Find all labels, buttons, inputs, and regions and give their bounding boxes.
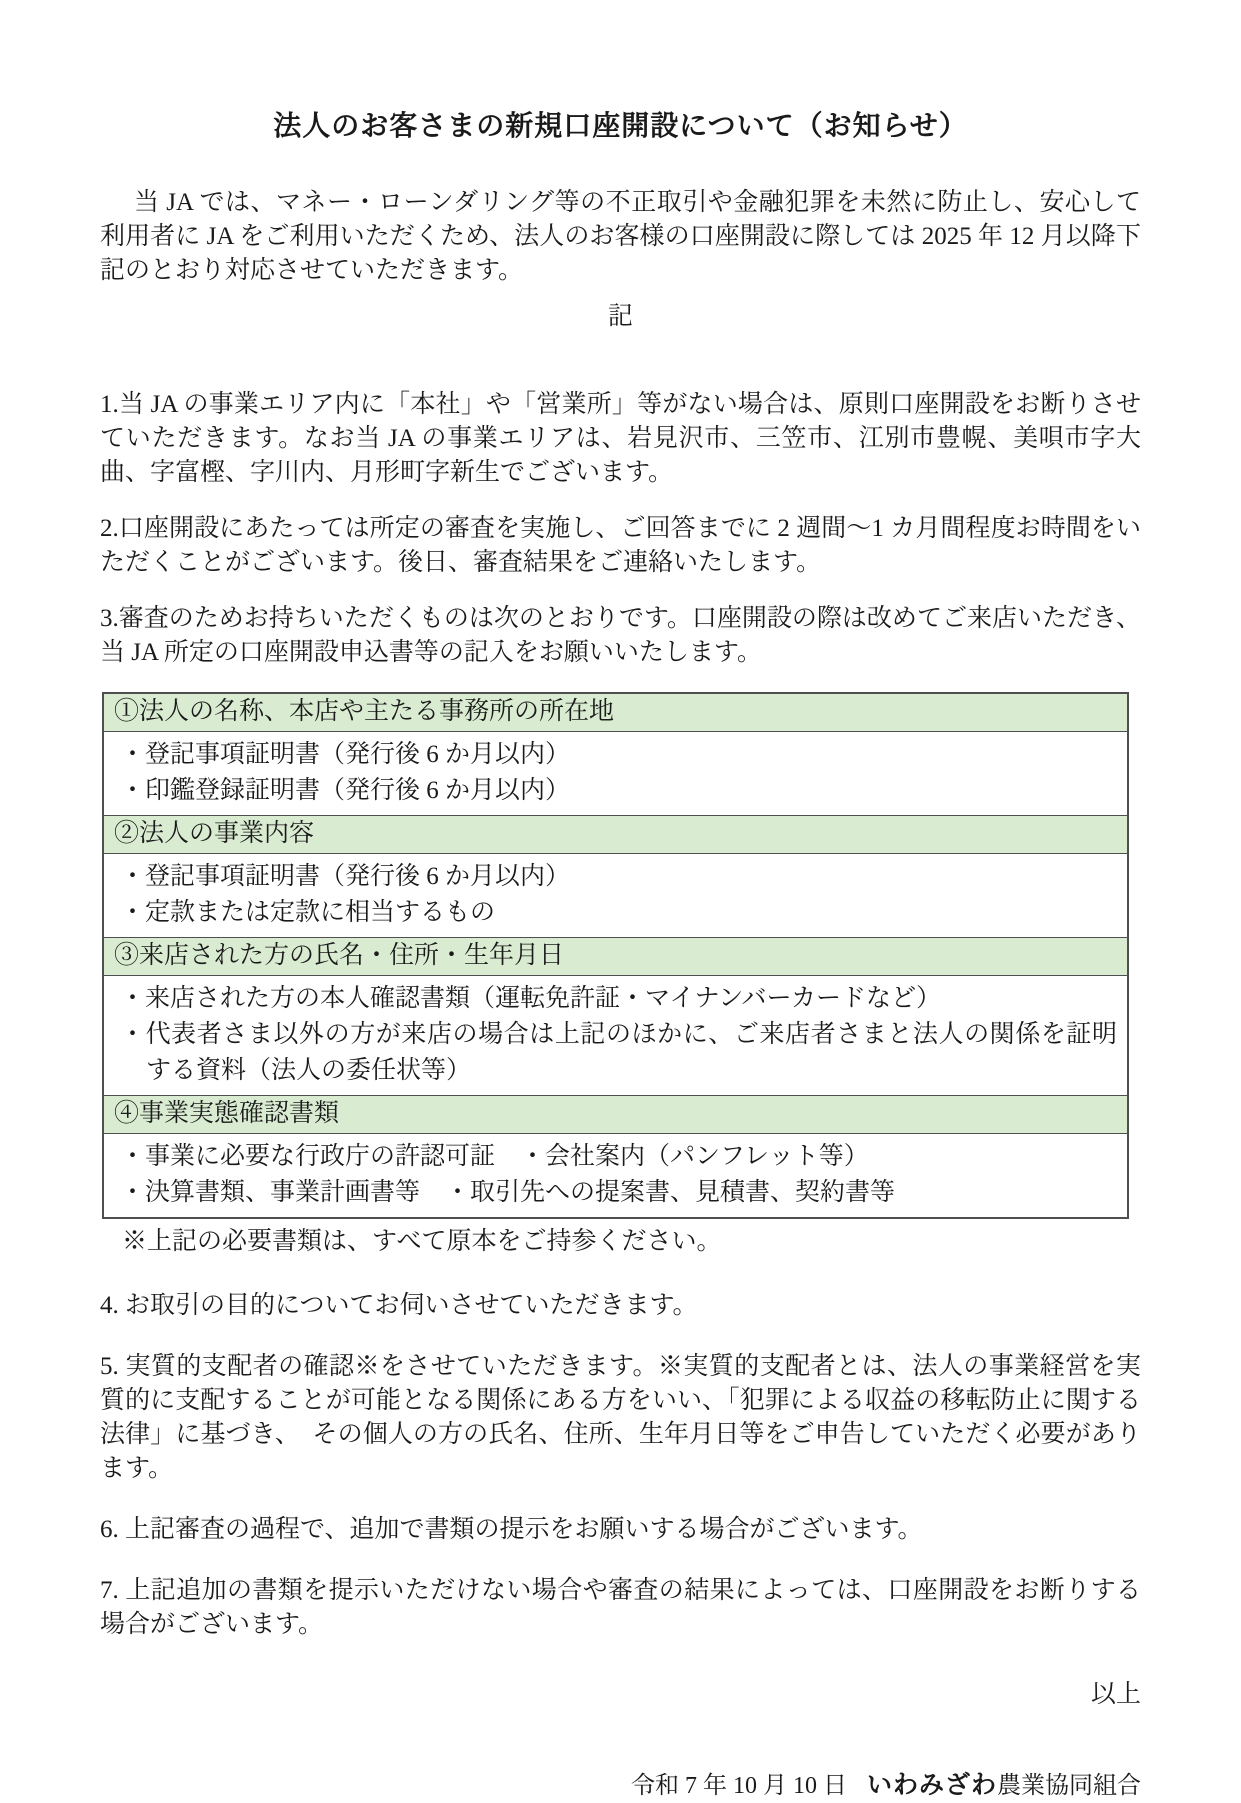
organization-name-suffix: 農業協同組合 [997,1773,1141,1799]
intro-paragraph: 当 JA では、マネー・ローンダリング等の不正取引や金融犯罪を未然に防止し、安心… [100,186,1141,288]
table-section-1-content-row: ・登記事項証明書（発行後 6 か月以内） ・印鑑登録証明書（発行後 6 か月以内… [103,732,1128,816]
table-section-2-content: ・登記事項証明書（発行後 6 か月以内） ・定款または定款に相当するもの [103,854,1128,938]
table-bullet-item: ・印鑑登録証明書（発行後 6 か月以内） [108,773,1117,809]
signature-line: 令和 7 年 10 月 10 日いわみざわ農業協同組合 [100,1768,1141,1803]
table-section-4-header: ④事業実態確認書類 [103,1096,1128,1134]
numbered-item-6: 6. 上記審査の過程で、追加で書類の提示をお願いする場合がございます。 [100,1513,1141,1547]
numbered-item-5: 5. 実質的支配者の確認※をさせていただきます。※実質的支配者とは、法人の事業経… [100,1350,1141,1486]
table-section-4-content: ・事業に必要な行政庁の許認可証 ・会社案内（パンフレット等） ・決算書類、事業計… [103,1134,1128,1219]
table-bullet-item: ・来店された方の本人確認書類（運転免許証・マイナンバーカードなど） [108,981,1117,1017]
page-title: 法人のお客さまの新規口座開設について（お知らせ） [100,104,1141,144]
document-page: 法人のお客さまの新規口座開設について（お知らせ） 当 JA では、マネー・ローン… [0,0,1241,1755]
organization-name-logo: いわみざわ [867,1771,997,1799]
table-bullet-item: ・登記事項証明書（発行後 6 か月以内） [108,737,1117,773]
table-bullet-item: ・代表者さま以外の方が来店の場合は上記のほかに、ご来店者さまと法人の関係を証明す… [108,1017,1117,1089]
table-bullet-item: ・決算書類、事業計画書等 ・取引先への提案書、見積書、契約書等 [108,1175,1117,1211]
table-bullet-item: ・事業に必要な行政庁の許認可証 ・会社案内（パンフレット等） [108,1139,1117,1175]
record-marker: 記 [100,296,1141,332]
numbered-item-2: 2.口座開設にあたっては所定の審査を実施し、ご回答までに 2 週間～1 カ月間程… [100,512,1141,580]
numbered-item-7: 7. 上記追加の書類を提示いただけない場合や審査の結果によっては、口座開設をお断… [100,1574,1141,1642]
table-section-3-content: ・来店された方の本人確認書類（運転免許証・マイナンバーカードなど） ・代表者さま… [103,976,1128,1096]
table-note: ※上記の必要書類は、すべて原本をご持参ください。 [100,1225,1141,1259]
signature-date: 令和 7 年 10 月 10 日 [631,1773,847,1799]
closing-marker: 以上 [100,1678,1141,1712]
table-section-4-content-row: ・事業に必要な行政庁の許認可証 ・会社案内（パンフレット等） ・決算書類、事業計… [103,1134,1128,1219]
table-section-1-header: ①法人の名称、本店や主たる事務所の所在地 [103,693,1128,732]
table-section-1-content: ・登記事項証明書（発行後 6 か月以内） ・印鑑登録証明書（発行後 6 か月以内… [103,732,1128,816]
required-documents-table-body: ①法人の名称、本店や主たる事務所の所在地 ・登記事項証明書（発行後 6 か月以内… [103,693,1128,1218]
table-section-3-header: ③来店された方の氏名・住所・生年月日 [103,938,1128,976]
table-section-2-header-row: ②法人の事業内容 [103,816,1128,854]
numbered-item-3: 3.審査のためお持ちいただくものは次のとおりです。口座開設の際は改めてご来店いた… [100,602,1141,670]
required-documents-table: ①法人の名称、本店や主たる事務所の所在地 ・登記事項証明書（発行後 6 か月以内… [102,692,1129,1219]
table-section-2-header: ②法人の事業内容 [103,816,1128,854]
table-bullet-item: ・定款または定款に相当するもの [108,895,1117,931]
table-bullet-item: ・登記事項証明書（発行後 6 か月以内） [108,859,1117,895]
table-section-3-header-row: ③来店された方の氏名・住所・生年月日 [103,938,1128,976]
numbered-item-1: 1.当 JA の事業エリア内に「本社」や「営業所」等がない場合は、原則口座開設を… [100,388,1141,490]
table-section-2-content-row: ・登記事項証明書（発行後 6 か月以内） ・定款または定款に相当するもの [103,854,1128,938]
table-section-3-content-row: ・来店された方の本人確認書類（運転免許証・マイナンバーカードなど） ・代表者さま… [103,976,1128,1096]
table-section-4-header-row: ④事業実態確認書類 [103,1096,1128,1134]
table-section-1-header-row: ①法人の名称、本店や主たる事務所の所在地 [103,693,1128,732]
numbered-item-4: 4. お取引の目的についてお伺いさせていただきます。 [100,1289,1141,1323]
